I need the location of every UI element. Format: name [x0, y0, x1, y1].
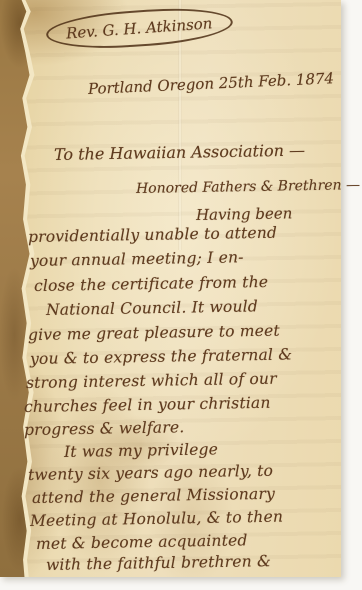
letter-line: attend the general Missionary: [32, 485, 275, 507]
annotation-oval: Rev. G. H. Atkinson: [45, 4, 234, 53]
letter-line: churches feel in your christian: [24, 394, 271, 416]
greeting-line: Honored Fathers & Brethren —: [136, 177, 360, 197]
opening-phrase: Having been: [196, 204, 293, 224]
letter-line: Meeting at Honolulu, & to then: [30, 508, 283, 530]
letter-line: twenty six years ago nearly, to: [28, 462, 273, 484]
letter-line: close the certificate from the: [34, 273, 268, 295]
letter-line: met & become acquainted: [36, 531, 248, 553]
dateline: Portland Oregon 25th Feb. 1874: [88, 69, 335, 98]
letter-line: you & to express the fraternal &: [30, 345, 293, 368]
letter-line: It was my privilege: [64, 440, 218, 461]
letter-line: your annual meeting; I en-: [30, 248, 244, 270]
letter-line: progress & welfare.: [24, 418, 185, 439]
stained-left-edge: [0, 0, 36, 577]
letter-page: Rev. G. H. Atkinson Portland Oregon 25th…: [0, 0, 341, 577]
letter-line: give me great pleasure to meet: [28, 322, 280, 344]
annotation-circled-name: Rev. G. H. Atkinson: [46, 9, 233, 48]
salutation: To the Hawaiian Association —: [54, 141, 305, 164]
scanned-letter: Rev. G. H. Atkinson Portland Oregon 25th…: [0, 0, 362, 590]
letter-line: with the faithful brethren &: [46, 552, 271, 574]
letter-line: National Council. It would: [46, 297, 258, 319]
letter-line: providentially unable to attend: [28, 224, 277, 246]
letter-line: strong interest which all of our: [26, 370, 277, 392]
